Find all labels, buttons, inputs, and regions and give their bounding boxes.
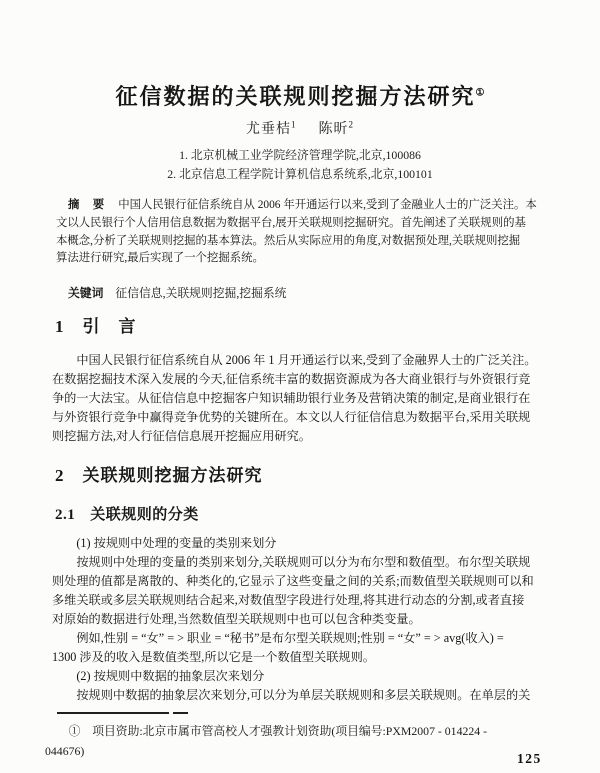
footnote-rule-dash — [173, 712, 188, 714]
author-2: 陈昕2 — [319, 122, 355, 137]
author-1: 尤垂桔1 — [246, 122, 297, 137]
paper-title-text: 征信数据的关联规则挖掘方法研究 — [116, 84, 476, 109]
paper-title: 征信数据的关联规则挖掘方法研究① — [0, 80, 600, 111]
page-number: 125 — [517, 751, 542, 767]
scanned-paper-page: 征信数据的关联规则挖掘方法研究① 尤垂桔1陈昕2 1. 北京机械工业学院经济管理… — [0, 0, 600, 773]
author-2-affiliation-marker: 2 — [349, 119, 355, 129]
footnote-rule — [57, 712, 169, 714]
author-1-affiliation-marker: 1 — [291, 119, 297, 129]
section-2-number: 2 — [55, 466, 65, 485]
keywords-text: 征信信息,关联规则挖掘,挖掘系统 — [115, 286, 286, 300]
affiliation-1: 1. 北京机械工业学院经济管理学院,北京,100086 — [0, 146, 600, 163]
section-1-heading: 1引 言 — [55, 312, 137, 337]
author-line: 尤垂桔1陈昕2 — [0, 118, 600, 138]
section-1-number: 1 — [55, 317, 65, 336]
affiliation-2: 2. 北京信息工程学院计算机信息系统系,北京,100101 — [0, 165, 600, 182]
section-2-heading: 2关联规则挖掘方法研究 — [55, 461, 263, 486]
section-2-title: 关联规则挖掘方法研究 — [83, 466, 263, 485]
section-2-1-heading: 2.1关联规则的分类 — [55, 503, 199, 524]
author-1-name: 尤垂桔 — [246, 122, 291, 137]
section-2-1-body: (1) 按规则中处理的变量的类别来划分 按规则中处理的变量的类别来划分,关联规则… — [52, 534, 552, 705]
funding-footnote: ① 项目资助:北京市属市管高校人才强教计划资助(项目编号:PXM2007 - 0… — [45, 721, 550, 761]
keywords-label: 关键词 — [68, 286, 103, 300]
abstract-block: 摘 要中国人民银行征信系统自从 2006 年开通运行以来,受到了金融业人士的广泛… — [56, 197, 550, 268]
abstract-text: 中国人民银行征信系统自从 2006 年开通运行以来,受到了金融业人士的广泛关注。… — [56, 199, 537, 264]
section-2-1-title: 关联规则的分类 — [90, 507, 199, 523]
keywords-block: 关键词征信信息,关联规则挖掘,挖掘系统 — [56, 284, 550, 301]
section-1-title: 引 言 — [83, 317, 137, 336]
author-2-name: 陈昕 — [319, 122, 349, 137]
title-footnote-marker: ① — [476, 88, 485, 99]
section-1-body: 中国人民银行征信系统自从 2006 年 1 月开通运行以来,受到了金融界人士的广… — [52, 351, 552, 446]
section-2-1-number: 2.1 — [55, 507, 75, 523]
abstract-label: 摘 要 — [68, 199, 105, 211]
